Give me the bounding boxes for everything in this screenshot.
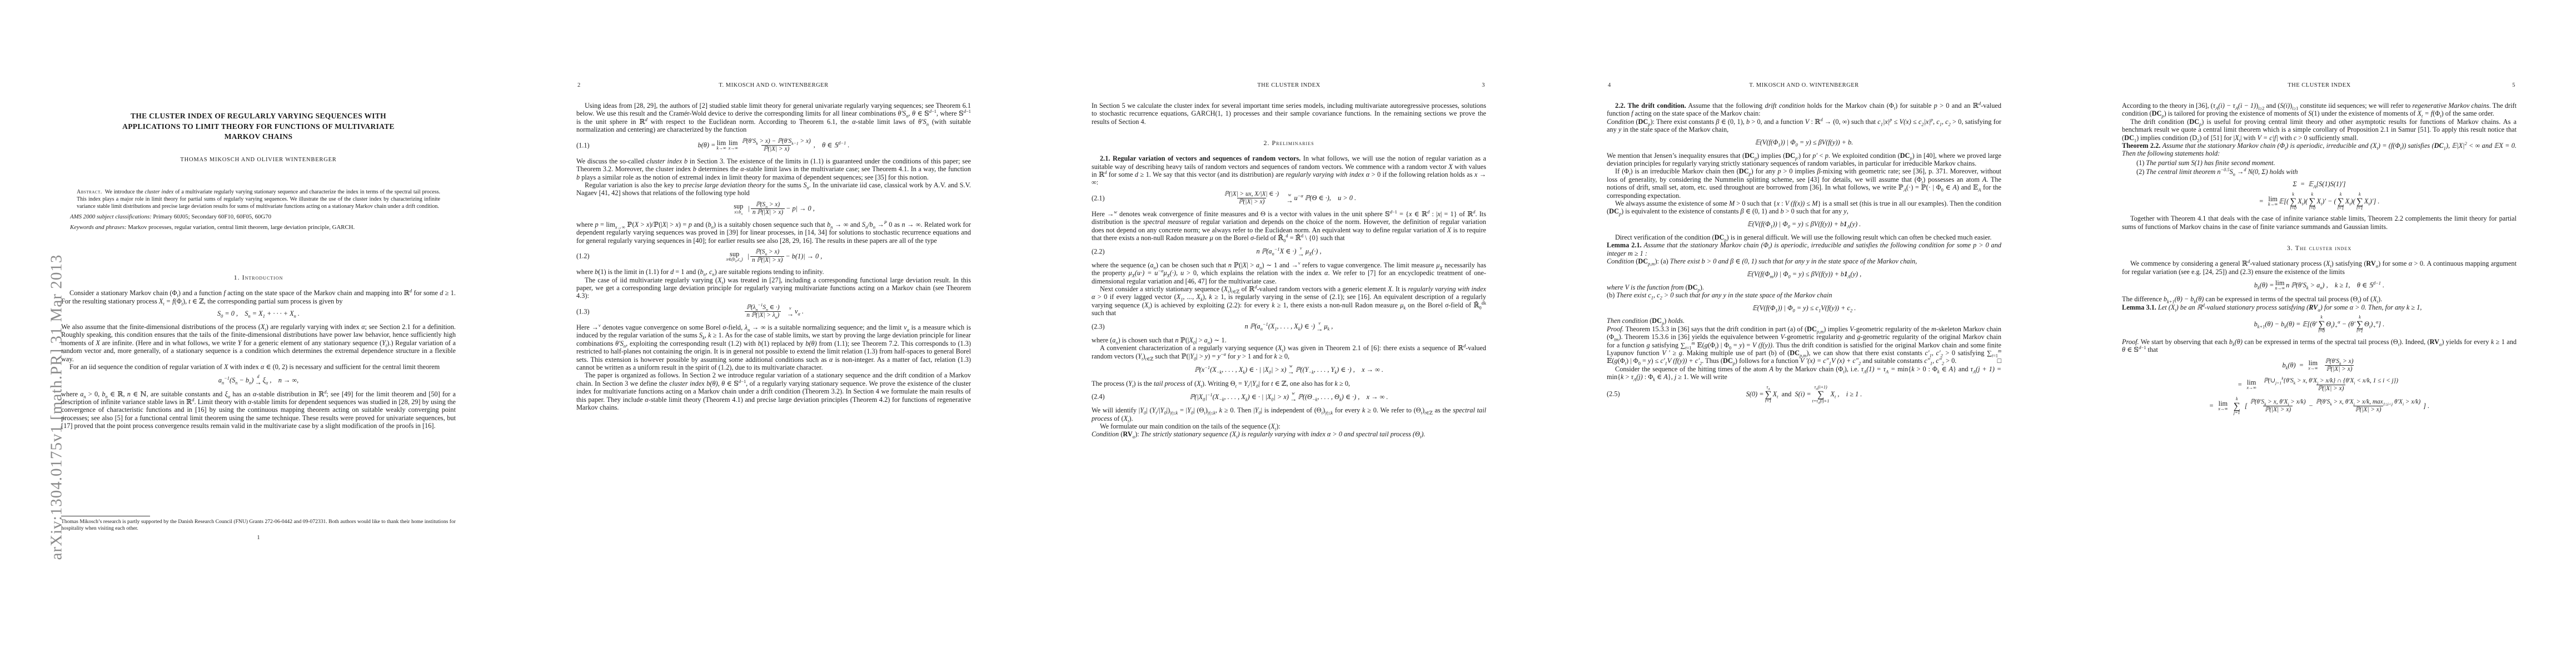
page-body: Using ideas from [28, 29], the authors o… — [576, 102, 971, 411]
paragraph: We formulate our main condition on the t… — [1092, 422, 1486, 430]
display-equation: supx≥bn |ℙ(Sn > x)n ℙ(|X| > x) − p| → 0 … — [576, 201, 971, 217]
denominator: ℙ(|X| > x) — [2316, 385, 2346, 393]
limit-operator: limk→∞ — [2268, 196, 2278, 207]
paragraph: Regular variation is also the key to pre… — [576, 181, 971, 197]
display-equation: 𝔼(V(f(Φm)) | Φ0 = y) ≤ βV(f(y)) + b1A(y)… — [1607, 270, 2001, 280]
paragraph: Proof. Theorem 15.3.3 in [36] says that … — [1607, 325, 2001, 365]
page-1: Thomas Mikosch’s research is partly supp… — [0, 0, 515, 667]
math-text: = — [2209, 402, 2217, 410]
math-text: bk(θ) = — [2283, 361, 2308, 370]
equation-row: = limk→∞ 𝔼[(k∑t=0 Xt)(k∑t=0 Xt)′ − (k∑t=… — [2259, 192, 2380, 211]
sum-glyph: ∑ — [2356, 320, 2363, 329]
numerator: ℙ(θ′Sk > x, θ′Xj > x/k) — [2249, 399, 2308, 406]
display-equation: (2.2)n ℙ(an−1X ∈ ·) v→ μX(·) , — [1092, 246, 1486, 257]
paragraph: The drift condition (DCp) is useful for … — [2122, 118, 2517, 142]
display-equation: (2.5)S(0) = τA∑t=1 Xt and S(i) = τA(i+1)… — [1607, 385, 2001, 404]
arrow-with-label: v→ — [1316, 321, 1323, 332]
running-head-title: T. MIKOSCH AND O. WINTENBERGER — [1607, 82, 2001, 88]
sum-operator: k∑t=1 — [2356, 192, 2363, 211]
limit-operator: supx∈(bn,cn) — [726, 251, 743, 262]
sum-glyph: ∑ — [2290, 197, 2296, 206]
equation-array: bk(θ) = limx→∞ ℙ(θ′Sk > x)ℙ(|X| > x)= li… — [2122, 358, 2517, 416]
display-equation: an−1(Sn − bn) d→ ξα , n → ∞, — [61, 375, 456, 386]
equation-row: = limx→∞ ℙ(∪j=1k{θ′Sk > x, θ′Xj > x/k} ∩… — [2238, 377, 2401, 393]
denominator: n ℙ(|X| > x) — [751, 208, 785, 217]
abstract-label: Abstract. — [77, 189, 102, 195]
math-text: Xt)( — [2345, 197, 2355, 206]
display-equation: bk+1(θ) − bk(θ) = 𝔼[(θ′k∑t=0 Θt)+α − (θ′… — [2122, 315, 2517, 334]
abstract-text: We introduce the cluster index of a mult… — [77, 189, 440, 210]
paragraph: We always assume the existence of some M… — [1607, 200, 2001, 216]
arrow-with-label: w→ — [1287, 364, 1294, 375]
page-number: 1 — [61, 535, 456, 541]
math-text: , θ ∈ 𝕊d−1 . — [814, 141, 850, 150]
limit-operator: limx→∞ — [2308, 360, 2318, 371]
paragraph: For an iid sequence the condition of reg… — [61, 363, 456, 371]
title-line: MARKOV CHAINS — [92, 132, 425, 142]
paper-title: THE CLUSTER INDEX OF REGULARLY VARYING S… — [92, 111, 425, 142]
display-equation: 𝔼(V(f(Φ1)) | Φ0 = y) ≤ βV(f(y)) + b. — [1607, 138, 2001, 148]
equation-tag: (1.3) — [576, 307, 590, 316]
operator-limits: x→∞ — [729, 146, 738, 151]
paragraph: where (an) is chosen such that n ℙ(|X0| … — [1092, 336, 1486, 344]
operator-name: sup — [734, 203, 743, 210]
equation-array: Σ = 𝔼A[S(1)S(1)′]= limk→∞ 𝔼[(k∑t=0 Xt)(k… — [2122, 180, 2517, 211]
display-equation: (2.1)ℙ(|X| > ux, X/|X| ∈ ·)ℙ(|X| > x) w→… — [1092, 191, 1486, 206]
operator-limits: x→∞ — [2308, 366, 2318, 371]
paragraph: where b(1) is the limit in (1.1) for d =… — [576, 268, 971, 276]
math-text: S0 = 0 , Sn = X1 + · · · + Xn . — [217, 310, 300, 318]
paragraph: Lemma 2.1. Assume that the stationary Ma… — [1607, 241, 2001, 257]
running-head-title: THE CLUSTER INDEX — [1092, 82, 1486, 88]
fraction: ℙ(θ′Sk > x, θ′Xj > x/k, max1≤i<j θ′Xi > … — [2314, 399, 2422, 414]
numerator: ℙ(Sn > x) — [754, 248, 781, 256]
display-equation: (2.3)n ℙ(an−1(X1, . . . , Xk) ∈ ·) v→ μk… — [1092, 321, 1486, 332]
math-text: b(θ) = — [698, 141, 716, 150]
math-text: n ℙ(an−1(X1, . . . , Xk) ∈ ·) — [1245, 322, 1315, 331]
operator-limits: x∈(bn,cn) — [726, 257, 743, 262]
equation-tag: (1.1) — [576, 141, 590, 150]
sum-glyph: ∑ — [2338, 197, 2344, 206]
arxiv-watermark: arXiv:1304.0175v1 [math.PR] 31 Mar 2013 — [48, 185, 66, 630]
page-body: In Section 5 we calculate the cluster in… — [1092, 102, 1486, 439]
sum-glyph: ∑ — [1765, 390, 1772, 399]
section-heading: 1. Introduction — [61, 273, 456, 282]
numerator: ℙ(θ′Sk > x) — [2324, 358, 2355, 366]
numerator: ℙ(θ′Sk > x, θ′Xj > x/k, max1≤i<j θ′Xi > … — [2314, 399, 2422, 406]
section-heading: 2. Preliminaries — [1092, 139, 1486, 147]
paragraph: We will identify |Y0| (Yt/|Y0|)|t|≤k = |… — [1092, 406, 1486, 422]
math-text: [ — [2241, 402, 2248, 410]
arrow-glyph: → — [1316, 326, 1323, 332]
numerator: ℙ(∪j=1k{θ′Sk > x, θ′Xj > x/k} ∩ {θ′Xi < … — [2262, 377, 2400, 385]
paragraph: Then condition (DCp) holds. — [1607, 317, 2001, 325]
math-text: n ℙ(θ′Sk > an) , k ≥ 1, θ ∈ 𝕊d−1 . — [2286, 281, 2384, 290]
display-equation: (1.3)ℙ(λn−1Sn ∈ ·)n ℙ(|X| > λn) v→ να . — [576, 304, 971, 320]
page-number-right: 3 — [1482, 82, 1485, 88]
paragraph: Condition (DCp): There exist constants β… — [1607, 118, 2001, 134]
limit-operator: supx≥bn — [734, 203, 743, 215]
sum-operator: k∑t=0 — [2318, 315, 2325, 334]
math-text — [783, 307, 786, 316]
math-text: 𝔼[( — [2279, 197, 2289, 206]
sum-lower-limit: t=1 — [2356, 329, 2363, 334]
sum-glyph: ∑ — [2318, 320, 2325, 329]
paragraph: We also assume that the finite-dimension… — [61, 323, 456, 363]
math-text: Xt)′] . — [2364, 197, 2380, 206]
math-text: − — [2309, 402, 2313, 410]
page-3: THE CLUSTER INDEX3In Section 5 we calcul… — [1030, 0, 1546, 667]
paragraph: Here →v denotes vague convergence on som… — [576, 323, 971, 371]
math-text: − p| → 0 , — [786, 205, 815, 213]
equation-tag: (1.2) — [576, 252, 590, 261]
equation-row: bk(θ) = limx→∞ ℙ(θ′Sk > x)ℙ(|X| > x) — [2283, 358, 2356, 374]
math-text: an−1(Sn − bn) — [218, 376, 254, 385]
math-text: μk , — [1324, 322, 1333, 331]
math-text — [2258, 381, 2261, 389]
sum-operator: k∑t=0 — [2290, 192, 2296, 211]
sum-glyph: ∑ — [2356, 197, 2363, 206]
sum-lower-limit: j=1 — [2234, 411, 2240, 416]
page-5: THE CLUSTER INDEX5According to the theor… — [2061, 0, 2576, 667]
fraction: ℙ(θ′Sk > x)ℙ(|X| > x) — [2324, 358, 2355, 374]
paragraph: where V is the function from (DCp). — [1607, 283, 2001, 291]
math-text: 𝔼(V(f(Φ1)) | Φ0 = y) ≤ βV(f(y)) + b. — [1755, 138, 1853, 147]
footnote-text: Thomas Mikosch’s research is partly supp… — [61, 519, 456, 531]
math-text: | — [744, 205, 750, 213]
display-equation: S0 = 0 , Sn = X1 + · · · + Xn . — [61, 309, 456, 319]
paragraph: The case of iid multivariate regularly v… — [576, 276, 971, 300]
paragraph: Direct verification of the condition (DC… — [1607, 233, 2001, 241]
denominator: ℙ(|X| > x) — [1237, 198, 1267, 206]
math-text: Xt — [1773, 390, 1778, 399]
math-text: Xt , i ≥ 1 . — [1830, 390, 1862, 399]
sum-lower-limit: t=1 — [2338, 206, 2344, 211]
sum-operator: τA(i+1)∑t=τA(i)+1 — [1812, 385, 1830, 404]
page-body: THE CLUSTER INDEX OF REGULARLY VARYING S… — [61, 0, 456, 430]
fraction: ℙ(∪j=1k{θ′Sk > x, θ′Xj > x/k} ∩ {θ′Xi < … — [2262, 377, 2400, 393]
paragraph: Next consider a strictly stationary sequ… — [1092, 285, 1486, 317]
math-text: μX(·) , — [1306, 247, 1322, 256]
qed-box: □ — [1997, 357, 2001, 365]
operator-limits: x≥bn — [734, 210, 743, 215]
sum-lower-limit: t=1 — [2356, 206, 2363, 211]
math-text: ℙ((Θ−k, . . . , Θk) ∈ ·) , x → ∞ . — [1298, 393, 1388, 401]
math-text: u−α ℙ(Θ ∈ ·), u > 0 . — [1294, 194, 1357, 202]
display-equation: ℙ(x−1(X−k, . . . , Xk) ∈ · | |X0| > x) w… — [1092, 364, 1486, 375]
math-text: Θt)+α] . — [2364, 320, 2384, 328]
math-text — [2229, 402, 2233, 410]
math-text: = — [2238, 381, 2245, 389]
fraction: ℙ(Sn > x)n ℙ(|X| > x) — [750, 248, 784, 264]
fraction: ℙ(|X| > ux, X/|X| ∈ ·)ℙ(|X| > x) — [1223, 191, 1280, 206]
math-text: bk+1(θ) − bk(θ) = 𝔼[(θ′ — [2254, 320, 2318, 328]
math-text: ℙ(x−1(X−k, . . . , Xk) ∈ · | |X0| > x) — [1194, 366, 1286, 374]
arrow-glyph: → — [1286, 197, 1293, 204]
math-text: Σ = 𝔼A[S(1)S(1)′] — [2293, 180, 2345, 188]
math-text: Xt)′ − ( — [2316, 197, 2336, 206]
operator-limits: x→∞ — [2218, 407, 2228, 412]
limit-operator: limx→∞ — [729, 140, 738, 151]
fraction: ℙ(Sn > x)n ℙ(|X| > x) — [751, 201, 785, 217]
sum-lower-limit: t=0 — [2290, 206, 2296, 211]
arrow-glyph: → — [1287, 369, 1294, 375]
paragraph: A convenient characterization of a regul… — [1092, 344, 1486, 360]
paragraph: In Section 5 we calculate the cluster in… — [1092, 102, 1486, 126]
paragraph: The difference bk+1(θ) − bk(θ) can be ex… — [2122, 295, 2517, 303]
list-item: (2) The central limit theorem n−0.5Sn →d… — [2122, 168, 2517, 176]
arrow-glyph: → — [787, 311, 794, 317]
paragraph: where an > 0, bn ∈ ℝ, n ∈ ℕ, are suitabl… — [61, 390, 456, 430]
paragraph: Together with Theorem 4.1 that deals wit… — [2122, 215, 2517, 231]
math-text: Θt)+α − (θ′ — [2326, 320, 2355, 328]
paragraph: Lemma 3.1. Let (Xt) be an ℝd-valued stat… — [2122, 303, 2517, 311]
paragraph: The process (Yt) is the tail process of … — [1092, 380, 1486, 387]
sum-operator: k∑t=0 — [2309, 192, 2315, 211]
front-matter-line: Keywords and phrases: Markov processes, … — [61, 223, 456, 231]
arrow-with-label: w→ — [1290, 391, 1297, 402]
limit-operator: limk→∞ — [716, 140, 726, 151]
operator-limits: x→∞ — [2246, 386, 2256, 391]
paragraph: If (Φt) is an irreducible Markov chain t… — [1607, 167, 2001, 200]
paragraph: The paper is organized as follows. In Se… — [576, 371, 971, 411]
paragraph: Here →w denotes weak convergence of fini… — [1092, 210, 1486, 242]
math-text: S(0) = — [1746, 390, 1764, 399]
denominator: ℙ(|X| > x) — [2263, 406, 2293, 414]
page-2: 2T. MIKOSCH AND O. WINTENBERGERUsing ide… — [515, 0, 1030, 667]
math-text: S(i) = — [1795, 390, 1811, 399]
footnote-rule — [61, 516, 150, 516]
sum-lower-limit: t=0 — [2318, 329, 2325, 334]
equation-row: Σ = 𝔼A[S(1)S(1)′] — [2293, 180, 2345, 188]
paragraph: where p = limx→∞ ℙ(X > x)/ℙ(|X| > x) = p… — [576, 221, 971, 245]
operator-limits: k→∞ — [716, 146, 726, 151]
math-text: ξα , n → ∞, — [263, 376, 299, 385]
display-equation: 𝔼(V(f(Φ1)) | Φ0 = y) ≤ βV(f(y)) + b1A(y)… — [1607, 220, 2001, 230]
equation-tag: (2.3) — [1092, 322, 1105, 331]
display-equation: (1.1)b(θ) = limk→∞limx→∞ℙ(θ′Sk > x) − ℙ(… — [576, 138, 971, 153]
math-text: 𝔼(V(f(Φ1)) | Φ0 = y) ≤ βV(f(y)) + b1A(y)… — [1747, 220, 1861, 228]
paper-authors: THOMAS MIKOSCH AND OLIVIER WINTENBERGER — [61, 157, 456, 163]
front-matter-line: AMS 2000 subject classifications: Primar… — [61, 213, 456, 221]
equation-row: = limx→∞ k∑j=1 [ℙ(θ′Sk > x, θ′Xj > x/k)ℙ… — [2209, 397, 2429, 416]
numerator: ℙ(λn−1Sn ∈ ·) — [745, 304, 781, 312]
arrow-glyph: → — [1290, 396, 1297, 402]
display-equation: 𝔼(V(f(Φ1)) | Φ0 = y) ≤ c1V(f(y)) + c2 . — [1607, 303, 2001, 313]
page-body: 2.2. The drift condition. Assume that th… — [1607, 102, 2001, 407]
equation-tag: (2.1) — [1092, 194, 1105, 202]
paragraph: 2.1. Regular variation of vectors and se… — [1092, 155, 1486, 187]
operator-limits: n→∞ — [2275, 286, 2285, 291]
title-line: THE CLUSTER INDEX OF REGULARLY VARYING S… — [92, 111, 425, 122]
list-item: (1) The partial sum S(1) has finite seco… — [2122, 159, 2517, 167]
page-4: 4T. MIKOSCH AND O. WINTENBERGER2.2. The … — [1546, 0, 2061, 667]
paragraph: We mention that Jensen’s inequality ensu… — [1607, 152, 2001, 168]
footnote: Thomas Mikosch’s research is partly supp… — [61, 516, 456, 532]
limit-operator: limx→∞ — [2246, 379, 2256, 391]
math-text: 𝔼(V(f(Φm)) | Φ0 = y) ≤ βV(f(y)) + b1A(y)… — [1747, 270, 1861, 278]
arrow-glyph: → — [1298, 251, 1304, 257]
denominator: ℙ(|X| > x) — [761, 145, 791, 153]
fraction: ℙ(θ′Sk > x, θ′Xj > x/k)ℙ(|X| > x) — [2249, 399, 2308, 414]
paragraph: (b) There exist c1, c2 > 0 such that for… — [1607, 291, 2001, 299]
math-text: ℙ((Y−k, . . . , Yk) ∈ ·) , x → ∞ . — [1296, 366, 1383, 374]
paragraph: 2.2. The drift condition. Assume that th… — [1607, 102, 2001, 118]
math-text: Xt)( — [2298, 197, 2308, 206]
paper-spread: arXiv:1304.0175v1 [math.PR] 31 Mar 2013 … — [0, 0, 2576, 667]
arrow-with-label: v→ — [787, 306, 794, 317]
denominator: n ℙ(|X| > x) — [750, 256, 784, 265]
denominator: ℙ(|X| > x) — [2325, 365, 2354, 374]
arrow-with-label: v→ — [1298, 246, 1304, 257]
sum-operator: k∑t=1 — [2338, 192, 2344, 211]
fraction: ℙ(λn−1Sn ∈ ·)n ℙ(|X| > λn) — [745, 304, 781, 320]
fraction: ℙ(θ′Sk > x) − ℙ(θ′Sk−1 > x)ℙ(|X| > x) — [740, 138, 813, 153]
limit-operator: limx→∞ — [2218, 400, 2228, 412]
sum-glyph: ∑ — [1817, 390, 1824, 399]
sum-operator: k∑j=1 — [2234, 397, 2240, 416]
numerator: ℙ(θ′Sk > x) − ℙ(θ′Sk−1 > x) — [740, 138, 813, 146]
page-number-right: 5 — [2512, 82, 2515, 88]
display-equation: (2.4)ℙ(|X0|−1(X−k, . . . , Xk) ∈ · | |X0… — [1092, 391, 1486, 402]
paragraph: Proof. We start by observing that each b… — [2122, 338, 2517, 354]
math-text: ℙ(|X0|−1(X−k, . . . , Xk) ∈ · | |X0| > x… — [1190, 393, 1289, 401]
running-head-title: T. MIKOSCH AND O. WINTENBERGER — [576, 82, 971, 88]
math-text: = — [2259, 197, 2267, 206]
math-text: να . — [795, 307, 804, 316]
math-text — [2319, 361, 2322, 370]
math-text: 𝔼(V(f(Φ1)) | Φ0 = y) ≤ c1V(f(y)) + c2 . — [1752, 304, 1856, 312]
paragraph: where the sequence (an) can be chosen su… — [1092, 261, 1486, 285]
math-text: n ℙ(an−1X ∈ ·) — [1256, 247, 1296, 256]
sum-lower-limit: t=1 — [1765, 399, 1772, 404]
page-body: According to the theory in [36], (τA(i) … — [2122, 102, 2517, 420]
operator-name: sup — [730, 251, 739, 257]
math-text — [1282, 194, 1285, 202]
arrow-with-label: d→ — [255, 375, 261, 386]
section-heading: 3. The cluster index — [2122, 244, 2517, 252]
numerator: ℙ(Sn > x) — [754, 201, 781, 209]
math-text: ] . — [2423, 402, 2429, 410]
denominator: n ℙ(|X| > λn) — [745, 311, 781, 320]
paragraph: Consider the sequence of the hitting tim… — [1607, 365, 2001, 381]
display-equation: (1.2)supx∈(bn,cn) |ℙ(Sn > x)n ℙ(|X| > x)… — [576, 248, 971, 264]
paragraph: We commence by considering a general ℝd-… — [2122, 260, 2517, 276]
arrow-glyph: → — [255, 379, 261, 386]
paragraph: Condition (DCp,m): (a) There exist b > 0… — [1607, 257, 2001, 265]
paragraph: Condition (RVα): The strictly stationary… — [1092, 430, 1486, 438]
equation-tag: (2.5) — [1607, 390, 1620, 399]
operator-limits: k→∞ — [2268, 202, 2278, 207]
paragraph: Theorem 2.2. Assume that the stationary … — [2122, 142, 2517, 158]
display-equation: bk(θ) = limn→∞ n ℙ(θ′Sk > an) , k ≥ 1, θ… — [2122, 280, 2517, 291]
math-text: bk(θ) = — [2254, 281, 2274, 290]
sum-operator: k∑t=1 — [2356, 315, 2363, 334]
equation-tag: (2.4) — [1092, 393, 1105, 401]
title-line: APPLICATIONS TO LIMIT THEORY FOR FUNCTIO… — [92, 122, 425, 132]
arrow-with-label: w→ — [1286, 193, 1293, 204]
numerator: ℙ(|X| > ux, X/|X| ∈ ·) — [1223, 191, 1280, 198]
roman-text: and — [1778, 390, 1795, 399]
sum-glyph: ∑ — [2309, 197, 2315, 206]
sum-glyph: ∑ — [2234, 401, 2240, 411]
running-head-title: THE CLUSTER INDEX — [2122, 82, 2517, 88]
paper-abstract: Abstract. We introduce the cluster index… — [77, 188, 440, 211]
paragraph: We discuss the so-called cluster index b… — [576, 157, 971, 181]
equation-tag: (2.2) — [1092, 247, 1105, 256]
limit-operator: limn→∞ — [2275, 280, 2285, 291]
math-text: − b(1)| → 0 , — [785, 252, 822, 261]
sum-operator: τA∑t=1 — [1765, 385, 1772, 404]
denominator: ℙ(|X| > x) — [2354, 406, 2383, 414]
math-text: | — [744, 252, 749, 261]
sum-lower-limit: t=0 — [2309, 206, 2316, 211]
sum-lower-limit: t=τA(i)+1 — [1812, 399, 1830, 404]
paragraph: According to the theory in [36], (τA(i) … — [2122, 102, 2517, 118]
paragraph: Consider a stationary Markov chain (Φt) … — [61, 289, 456, 305]
paragraph: Using ideas from [28, 29], the authors o… — [576, 102, 971, 134]
